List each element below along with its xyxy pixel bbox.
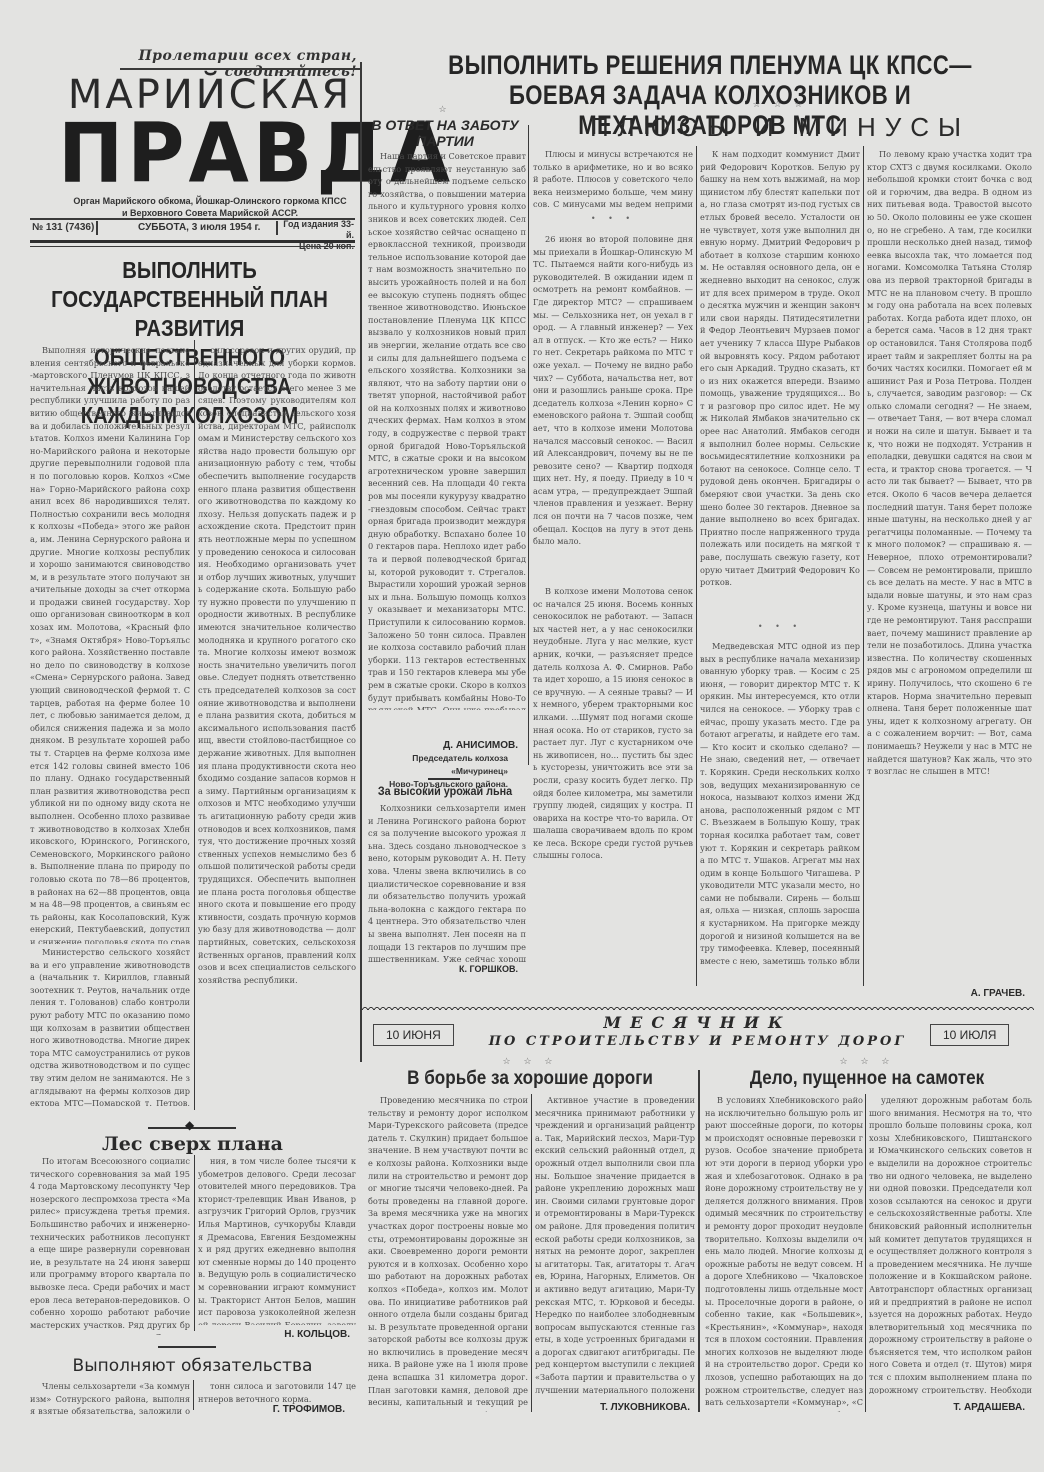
- column-divider: [528, 125, 529, 765]
- pm-column-3: По левому краю участка ходит трактор СХТ…: [867, 148, 1032, 984]
- good-roads-headline: В борьбе за хорошие дороги: [382, 1068, 679, 1090]
- organ-line-1: Орган Марийского обкома, Йошкар-Олинског…: [60, 195, 360, 207]
- issue-number: № 131 (7436): [32, 222, 94, 233]
- roads-banner-subtitle: ПО СТРОИТЕЛЬСТВУ И РЕМОНТУ ДОРОГ: [470, 1034, 925, 1049]
- stars-ornament: ☆ ☆ ☆: [530, 100, 1030, 110]
- forest-headline: Лес сверх плана: [30, 1133, 355, 1155]
- ornament-icon: ◆: [185, 1118, 194, 1132]
- pluses-minuses-headline: ПЛЮСЫ И МИНУСЫ: [530, 112, 1030, 143]
- separator-dots: • • •: [533, 214, 693, 223]
- date-box-start: 10 ИЮНЯ: [373, 1024, 454, 1046]
- pm-column-1: Плюсы и минусы встречаются не только в а…: [533, 148, 693, 210]
- year-of-publication: Год издания 33-й.: [282, 219, 354, 241]
- editorial-column-1: Выполняя исторические постановления сент…: [30, 344, 190, 944]
- separator-dots: • • •: [700, 622, 860, 631]
- neglected-column-2: уделяют дорожным работам большого вниман…: [869, 1094, 1032, 1394]
- editorial-headline-line1: ВЫПОЛНИТЬ ГОСУДАРСТВЕННЫЙ ПЛАН: [42, 256, 337, 314]
- column-divider: [863, 146, 864, 986]
- pm-column-1c: В колхозе имени Молотова сенокос начался…: [533, 585, 693, 968]
- editorial-column-1b: Министерство сельского хозяйства и его у…: [30, 946, 190, 1106]
- obligations-headline: Выполняют обязательства: [30, 1356, 355, 1376]
- response-body: Наша партия и Советское правительство пр…: [368, 150, 526, 710]
- neglected-signature: Т. АРДАШЕВА.: [870, 1402, 1025, 1413]
- divider-rule: [428, 778, 460, 780]
- forest-signature: Н. КОЛЬЦОВ.: [200, 1329, 350, 1340]
- obligations-signature: Г. ТРОФИМОВ.: [200, 1404, 345, 1415]
- wavy-divider: [362, 1004, 1034, 1010]
- pm-column-1b: 26 июня во второй половине дня мы приеха…: [533, 233, 693, 583]
- column-divider: [194, 1155, 195, 1331]
- banner-line1: ВЫПОЛНИТЬ РЕШЕНИЯ ПЛЕНУМА ЦК КПСС—: [444, 50, 977, 80]
- masthead-organ: Орган Марийского обкома, Йошкар-Олинског…: [60, 195, 360, 219]
- neglected-headline: Дело, пущенное на самотек: [719, 1068, 1016, 1090]
- pm-signature: А. ГРАЧЕВ.: [870, 988, 1025, 999]
- issue-date: СУББОТА, 3 июля 1954 г.: [138, 222, 260, 233]
- sig-title-line1: Председатель колхоза «Мичуринец»: [368, 752, 508, 778]
- issue-meta: Год издания 33-й. Цена 20 коп.: [282, 219, 354, 252]
- good-roads-column-1: Проведению месячника по строительству и …: [368, 1094, 528, 1412]
- slogan-underline: [120, 68, 360, 70]
- roads-banner-title: МЕСЯЧНИК: [470, 1013, 925, 1032]
- divider-rule: [158, 1346, 216, 1348]
- flax-signature: К. ГОРШКОВ.: [368, 964, 518, 974]
- pm-column-2b: Медведевская МТС одной из первых в респу…: [700, 640, 860, 970]
- column-divider: [194, 340, 195, 1110]
- star-icon: ☆: [365, 105, 525, 115]
- issue-rule-bottom-thin: [30, 246, 355, 247]
- date-box-end: 10 ИЮЛЯ: [930, 1024, 1009, 1046]
- issue-divider: [276, 221, 278, 235]
- issue-divider: [96, 221, 98, 235]
- response-signature: Д. АНИСИМОВ.: [368, 740, 518, 751]
- obligations-column-1: Члены сельхозартели «За коммунизм» Сотну…: [30, 1380, 190, 1420]
- issue-rule-bottom: [30, 240, 355, 243]
- forest-column-1: По итогам Всесоюзного социалистического …: [30, 1155, 190, 1335]
- masthead-title-line2: ПРАВДА: [58, 112, 363, 196]
- forest-column-2: ния, в том числе более тысячи кубометров…: [198, 1155, 356, 1325]
- stars-ornament: ☆ ☆ ☆: [702, 1057, 1032, 1067]
- editorial-column-2: силосорезок и других орудий, предназначе…: [198, 344, 356, 1110]
- obligations-column-2: тонн силоса и заготовили 147 центнеров в…: [198, 1380, 356, 1406]
- column-divider: [698, 1070, 700, 1412]
- flax-body: Колхозники сельхозартели имени Ленина Ро…: [368, 802, 526, 962]
- column-divider: [360, 62, 362, 1062]
- good-roads-signature: Т. ЛУКОВНИКОВА.: [535, 1402, 690, 1413]
- flax-headline: За высокий урожай льна: [373, 784, 517, 798]
- neglected-column-1: В условиях Хлебниковского района исключи…: [705, 1094, 863, 1412]
- column-divider: [193, 1380, 194, 1410]
- column-divider: [696, 146, 697, 986]
- stars-ornament: ☆ ☆ ☆: [365, 1057, 695, 1067]
- pm-column-2: К нам подходит коммунист Дмитрий Федоров…: [700, 148, 860, 616]
- column-divider: [865, 1094, 866, 1412]
- response-headline: В ОТВЕТ НА ЗАБОТУ ПАРТИИ: [365, 117, 525, 149]
- good-roads-column-2: Активное участие в проведении месячника …: [535, 1094, 695, 1394]
- column-divider: [531, 1094, 532, 1412]
